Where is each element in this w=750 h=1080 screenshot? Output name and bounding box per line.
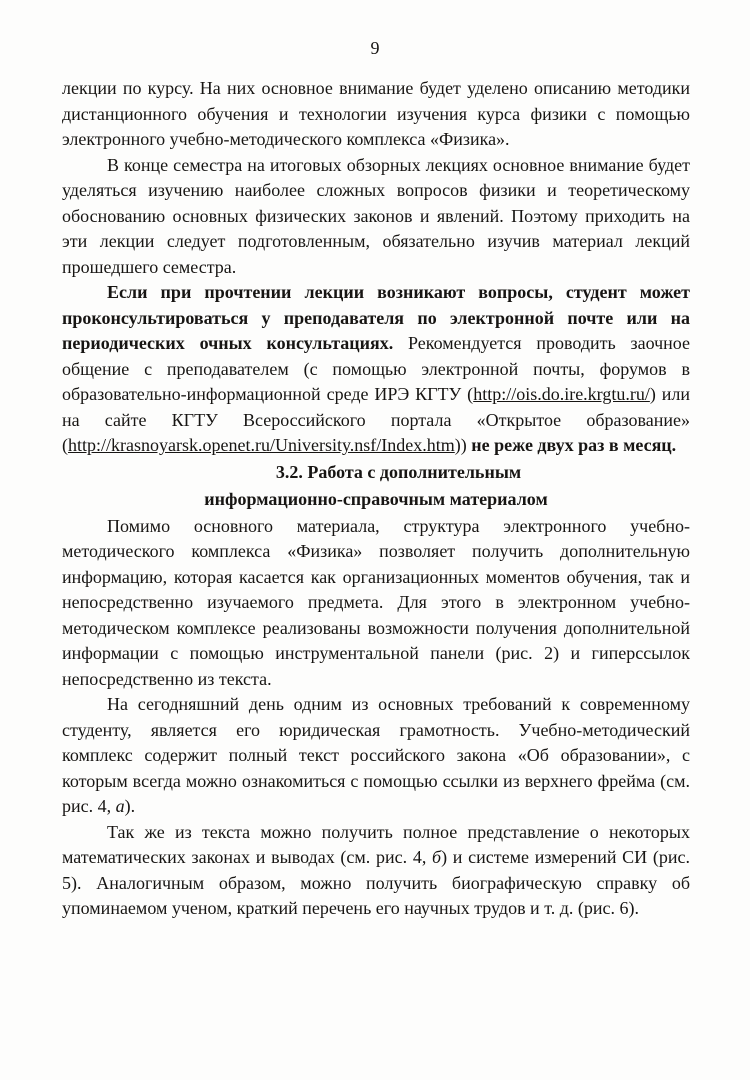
figure-4a-letter: а: [116, 796, 125, 816]
paragraph-additional-info: Помимо основного материала, структура эл…: [62, 514, 690, 693]
section-heading-line-1: 3.2. Работа с дополнительным: [276, 462, 521, 482]
paragraph-math-laws: Так же из текста можно получить полное п…: [62, 820, 690, 922]
section-heading-line-2: информационно-справочным материалом: [204, 489, 547, 509]
consultations-bold-tail: не реже двух раз в месяц.: [471, 435, 676, 455]
paragraph-consultations: Если при прочтении лекции возникают вопр…: [62, 280, 690, 459]
krasnoyarsk-openet-url-link[interactable]: http://krasnoyarsk.openet.ru/University.…: [68, 435, 455, 455]
document-page: 9 лекции по курсу. На них основное внима…: [0, 0, 750, 1080]
paragraph-lecture-course: лекции по курсу. На них основное внимани…: [62, 76, 690, 153]
ois-url-link[interactable]: http://ois.do.ire.krgtu.ru/: [473, 384, 650, 404]
legal-literacy-text-1: На сегодняшний день одним из основных тр…: [62, 694, 690, 816]
paragraph-semester-end: В конце семестра на итоговых обзорных ле…: [62, 153, 690, 281]
consultations-text-3: )): [455, 435, 472, 455]
section-heading-3-2: 3.2. Работа с дополнительныминформационн…: [62, 459, 690, 514]
page-body: лекции по курсу. На них основное внимани…: [62, 76, 690, 922]
page-number: 9: [0, 0, 750, 58]
legal-literacy-text-2: ).: [125, 796, 136, 816]
figure-4b-letter: б: [432, 847, 441, 867]
paragraph-legal-literacy: На сегодняшний день одним из основных тр…: [62, 692, 690, 820]
